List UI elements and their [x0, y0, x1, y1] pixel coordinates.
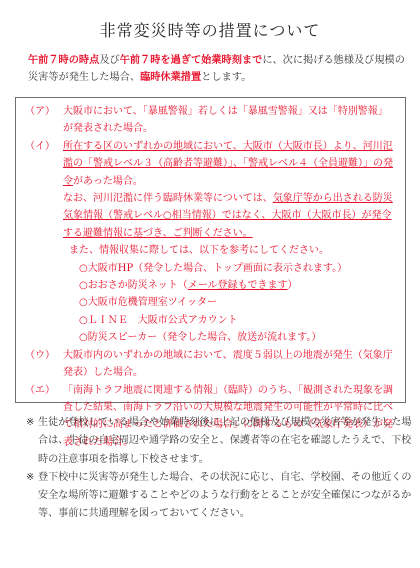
page-title: 非常変災時等の措置について	[0, 18, 420, 41]
condition-label: （イ）	[25, 138, 63, 242]
condition-text: なお、河川氾濫に伴う臨時休業等については、	[63, 193, 273, 204]
condition-text: 大阪市において、「暴風警報」若しくは「暴風雪警報」又は「特別警報」が発表された場…	[63, 103, 397, 138]
mail-registration-link[interactable]: メール登録もできます	[188, 280, 288, 291]
asterisk-mark: ※	[26, 414, 38, 469]
intro-highlight-before-start: 午前７時を過ぎて始業時刻まで	[120, 54, 263, 66]
intro-highlight-closure: 臨時休業措置	[140, 71, 201, 83]
info-note: また、情報収集に際しては、以下を参考にしてください。	[25, 242, 397, 259]
condition-text: 大阪市内のいずれかの地域において、震度５弱以上の地震が発生（気象庁発表）した場合…	[63, 347, 397, 382]
source-speaker: ○防災スピーカー（発令した場合、放送が流れます。）	[25, 329, 397, 346]
conditions-box: （ア） 大阪市において、「暴風警報」若しくは「暴風雪警報」又は「特別警報」が発表…	[15, 97, 406, 403]
source-osaka-hp: ○大阪市HP（発令した場合、トップ画面に表示されます。）	[25, 260, 397, 277]
source-twitter: ○大阪市危機管理室ツイッター	[25, 294, 397, 311]
intro-highlight-7am: 午前７時の時点	[28, 54, 99, 66]
asterisk-mark: ※	[26, 469, 38, 524]
note-text: 登下校中に災害等が発生した場合、その状況に応じ、自宅、学校園、その他近くの安全な…	[38, 469, 412, 524]
intro-text: 及び	[99, 55, 119, 66]
intro-paragraph: 午前７時の時点及び午前７時を過ぎて始業時刻までに、次に掲げる態様及び規模の災害等…	[18, 52, 408, 86]
condition-label: （ア）	[25, 103, 63, 138]
source-line: ○ＬＩＮＥ 大阪市公式アカウント	[25, 312, 397, 329]
note-text: 生徒が登校している場合や始業時刻後に上記の態様及び規模の災害等が発生した場合は、…	[38, 414, 412, 469]
note-item: ※ 登下校中に災害等が発生した場合、その状況に応じ、自宅、学校園、その他近くの安…	[26, 469, 412, 524]
intro-text: とします。	[201, 72, 251, 83]
condition-text: があった場合。	[73, 176, 143, 187]
note-item: ※ 生徒が登校している場合や始業時刻後に上記の態様及び規模の災害等が発生した場合…	[26, 414, 412, 469]
condition-u: （ウ） 大阪市内のいずれかの地域において、震度５弱以上の地震が発生（気象庁発表）…	[25, 347, 397, 382]
condition-i: （イ） 所在する区のいずれかの地域において、大阪市（大阪市長）より、河川氾濫の「…	[25, 138, 397, 242]
notes-section: ※ 生徒が登校している場合や始業時刻後に上記の態様及び規模の災害等が発生した場合…	[26, 414, 412, 524]
condition-a: （ア） 大阪市において、「暴風警報」若しくは「暴風雪警報」又は「特別警報」が発表…	[25, 103, 397, 138]
source-bousai-net: ○おおさか防災ネット（メール登録もできます）	[25, 277, 397, 294]
condition-label: （ウ）	[25, 347, 63, 382]
